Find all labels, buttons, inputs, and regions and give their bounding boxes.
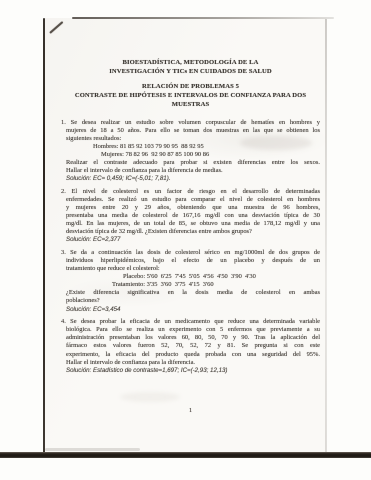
solution-line: Solución: EC=3,454 (66, 306, 320, 314)
text-line: poblaciones? (66, 297, 320, 305)
text-line: individuos hiperlipidémicos, bajo el efe… (66, 257, 320, 265)
text-line: experimento, la eficacia del producto qu… (66, 351, 320, 359)
text-line: Realizar el contraste adecuado para prob… (66, 159, 320, 167)
data-values-line: Hombres: 81 85 92 103 79 90 95 88 92 95 (66, 143, 320, 151)
text-line: tratamiento que reduce el colesterol: (66, 265, 320, 273)
data-values-line: Mujeres: 78 82 96 92 90 87 85 100 90 86 (66, 151, 320, 159)
page-right-edge (325, 19, 327, 452)
sheet-subtitle-line1: CONTRASTE DE HIPÓTESIS E INTERVALOS DE C… (61, 92, 320, 101)
text-line: presentaba una media de colesterol de 16… (66, 212, 320, 220)
scan-bottom-dark-band (0, 452, 371, 458)
text-line: Hallar el intervalo de confianza para la… (66, 359, 320, 367)
text-line: 1. Se desea realizar un estudio sobre vo… (61, 119, 320, 127)
solution-line: Solución: EC=2,377 (66, 236, 320, 244)
problems-list: 1. Se desea realizar un estudio sobre vo… (61, 119, 320, 375)
text-line: 2. El nivel de colesterol es un factor d… (61, 188, 320, 196)
text-line: biológica. Para ello se realiza un exper… (66, 326, 320, 334)
text-line: y mujeres entre 20 y 29 años, obteniendo… (66, 204, 320, 212)
text-line: Hallar el intervalo de confianza para la… (66, 167, 320, 175)
text-line: desviación típica de 32 mg/dl. ¿Existen … (66, 228, 320, 236)
course-title-line2: INVESTIGACIÓN Y TICs EN CUIDADOS DE SALU… (61, 68, 320, 77)
sheet-subtitle-line2: MUESTRAS (61, 101, 320, 110)
page-content: BIOESTADÍSTICA, METODOLOGÍA DE LA INVEST… (61, 59, 320, 379)
data-values-line: Placebo: 5'60 6'25 7'45 5'05 4'56 4'50 3… (66, 273, 320, 281)
text-line: enfermedades. Se realizó un estudio para… (66, 196, 320, 204)
text-line: fármaco estos valores fueron 52, 70, 52,… (66, 342, 320, 350)
text-line: 3. Se da a continuación las dosis de col… (61, 249, 320, 257)
problem: 4. Se desea probar la eficacia de un med… (61, 318, 320, 375)
page-number: 1 (61, 407, 320, 414)
solution-line: Solución: Estadístico de contraste=1,697… (66, 367, 320, 375)
sheet-title: RELACIÓN DE PROBLEMAS 5 (61, 83, 320, 92)
solution-line: Solución: EC= 0,459; IC=(-5,01; 7,81). (66, 175, 320, 183)
text-line: mujeres de 18 a 50 años. Para ello se to… (66, 127, 320, 135)
text-line: ¿Existe diferencia significativa en la d… (66, 289, 320, 297)
problem: 3. Se da a continuación las dosis de col… (61, 249, 320, 314)
page-left-spine-line (43, 18, 45, 454)
problem: 1. Se desea realizar un estudio sobre vo… (61, 119, 320, 184)
text-line: siguientes resultados: (66, 135, 320, 143)
scanned-document-photo: BIOESTADÍSTICA, METODOLOGÍA DE LA INVEST… (0, 0, 371, 480)
problem: 2. El nivel de colesterol es un factor d… (61, 188, 320, 245)
scan-smudge (120, 392, 180, 402)
course-title-line1: BIOESTADÍSTICA, METODOLOGÍA DE LA (61, 59, 320, 68)
scan-artifact-streak (45, 448, 140, 451)
